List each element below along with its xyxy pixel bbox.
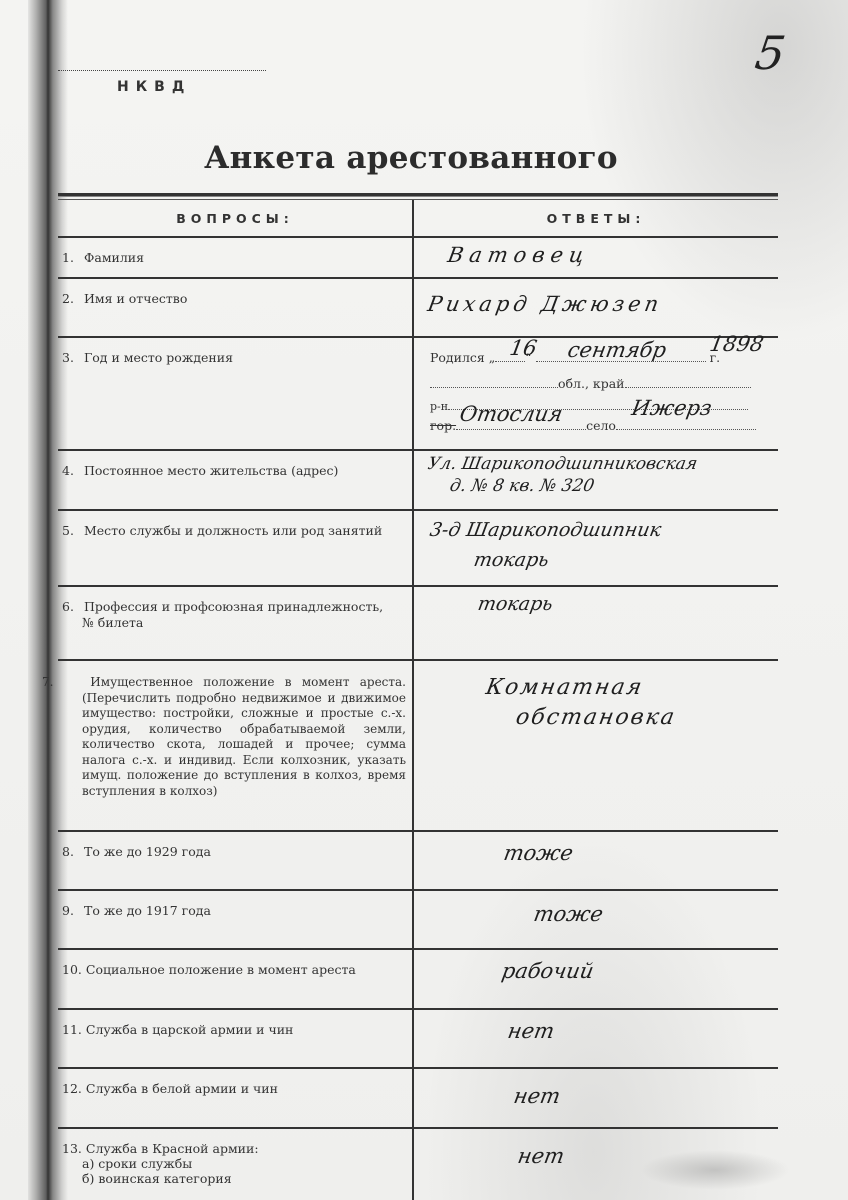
question-cell: 1. Фамилия (62, 238, 406, 266)
region-label: обл., край (558, 376, 625, 391)
table-row: 3. Год и место рождения Родился „“ г. 16… (58, 336, 778, 451)
question-text: Имя и отчество (84, 291, 187, 306)
question-text: Служба в Красной армии: (86, 1141, 259, 1156)
answer-cell: Комнатная обстановка (418, 661, 842, 733)
question-cell: 11. Служба в царской армии и чин (62, 1010, 406, 1038)
question-text: То же до 1929 года (84, 844, 211, 859)
organization-label: НКВД (117, 79, 191, 95)
answer-line-1: Ул. Шарикоподшипниковская (426, 453, 786, 475)
city-field[interactable] (456, 429, 586, 430)
question-text: То же до 1917 года (84, 903, 211, 918)
answer-text: нет (506, 1018, 848, 1044)
question-number: 2. (62, 291, 80, 307)
question-text: Фамилия (84, 250, 144, 265)
birth-month-value: сентябр (566, 338, 668, 362)
question-subitem-b: б) воинская категория (62, 1171, 406, 1186)
answer-text: тоже (532, 901, 848, 927)
question-cell: 8. То же до 1929 года (62, 832, 406, 860)
question-number: 12. (62, 1081, 82, 1097)
page-number: 5 (752, 26, 799, 76)
scan-smudge (640, 1150, 790, 1190)
header-dotted-rule (58, 70, 266, 71)
document-title-text: Анкета арестованного (204, 140, 618, 176)
question-number: 3. (62, 350, 80, 366)
village-label: село (586, 418, 616, 433)
answer-line-1: Комнатная (483, 673, 844, 703)
question-cell: 3. Год и место рождения (62, 338, 406, 366)
question-cell: 13. Служба в Красной армии: а) сроки слу… (62, 1129, 406, 1186)
question-number: 4. (62, 463, 80, 479)
answer-text: нет (512, 1083, 848, 1109)
answer-cell: тоже (418, 832, 848, 866)
question-text: Имущественное положение в момент ареста.… (82, 675, 406, 798)
answer-line-1: 3-д Шарикоподшипник (427, 515, 788, 545)
district-label: р-н (430, 400, 448, 413)
question-cell: 12. Служба в белой армии и чин (62, 1069, 406, 1097)
region-line: обл., край (430, 376, 764, 391)
question-number: 10. (62, 962, 82, 978)
question-cell: 10. Социальное положение в момент ареста (62, 950, 406, 978)
question-cell: 2. Имя и отчество (62, 279, 406, 307)
table-row: 6. Профессия и профсоюзная принадлежност… (58, 585, 778, 661)
birth-year-value: 1898 (708, 332, 766, 356)
village-value: Ижерз (630, 396, 714, 420)
question-text: Место службы и должность или род занятий (84, 523, 382, 538)
question-number: 6. (62, 599, 80, 615)
region-trailing-dots (625, 387, 751, 388)
answer-text: токарь (476, 591, 837, 617)
question-number: 13. (62, 1141, 82, 1156)
answer-cell: тоже (418, 891, 848, 927)
city-value: Отослия (458, 402, 565, 426)
question-number: 8. (62, 844, 80, 860)
question-number: 1. (62, 250, 80, 266)
answer-text: рабочий (500, 958, 848, 984)
birth-day-value: 16 (508, 336, 539, 360)
question-text: Год и место рождения (84, 350, 233, 365)
question-cell: 5. Место службы и должность или род заня… (62, 511, 406, 539)
answer-cell: нет (418, 1069, 848, 1109)
answer-text: тоже (502, 840, 848, 866)
question-cell: 9. То же до 1917 года (62, 891, 406, 919)
table-row: 5. Место службы и должность или род заня… (58, 509, 778, 587)
table-row: 4. Постоянное место жительства (адрес) У… (58, 449, 778, 511)
question-cell: 4. Постоянное место жительства (адрес) (62, 451, 406, 479)
question-text: Профессия и профсоюзная принадлежность, (84, 599, 383, 614)
answer-line-2: обстановка (483, 703, 844, 733)
answer-cell: рабочий (418, 950, 848, 984)
answer-cell: Рихард Джюзеп (418, 279, 784, 317)
table-row: 11. Служба в царской армии и чин нет (58, 1008, 778, 1069)
region-field[interactable] (430, 387, 558, 388)
question-number: 5. (62, 523, 80, 539)
question-text: Служба в царской армии и чин (86, 1022, 294, 1037)
city-label: гор. (430, 418, 456, 433)
answer-text: Рихард Джюзеп (426, 291, 787, 317)
answers-header: ОТВЕТЫ: (414, 200, 778, 236)
answer-line-2: д. № 8 кв. № 320 (426, 475, 786, 497)
table-row: 7. Имущественное положение в момент арес… (58, 659, 778, 832)
birth-day-field[interactable] (495, 361, 525, 362)
birth-details: Родился „“ г. 16 сентябр 1898 обл., край… (418, 338, 774, 450)
answer-cell: Ул. Шарикоподшипниковская д. № 8 кв. № 3… (418, 451, 784, 497)
answer-cell: 3-д Шарикоподшипник токарь (418, 511, 786, 575)
table-row: 2. Имя и отчество Рихард Джюзеп (58, 277, 778, 338)
village-field[interactable] (616, 429, 756, 430)
table-row: 1. Фамилия Ватовец (58, 236, 778, 279)
table-row: 12. Служба в белой армии и чин нет (58, 1067, 778, 1129)
answer-line-2: токарь (427, 545, 788, 575)
answer-cell: токарь (418, 587, 834, 617)
question-number: 7. (62, 675, 80, 691)
question-cell: 7. Имущественное положение в момент арес… (62, 661, 406, 799)
table-row: 10. Социальное положение в момент ареста… (58, 948, 778, 1010)
born-label: Родился (430, 350, 485, 365)
question-text: Служба в белой армии и чин (86, 1081, 278, 1096)
question-number: 11. (62, 1022, 82, 1038)
answer-cell: Ватовец (418, 238, 804, 268)
answer-cell: нет (418, 1010, 848, 1044)
table-top-rule (58, 193, 778, 197)
table-row: 9. То же до 1917 года тоже (58, 889, 778, 950)
question-subitem-a: а) сроки службы (62, 1156, 406, 1171)
question-number: 9. (62, 903, 80, 919)
answer-text: Ватовец (446, 242, 807, 268)
question-text: Социальное положение в момент ареста (86, 962, 356, 977)
question-text: Постоянное место жительства (адрес) (84, 463, 338, 478)
question-cell: 6. Профессия и профсоюзная принадлежност… (62, 587, 406, 631)
table-row: 8. То же до 1929 года тоже (58, 830, 778, 891)
document-title: Анкета арестованного (0, 140, 848, 176)
question-subtext: № билета (62, 615, 406, 631)
questions-header: ВОПРОСЫ: (58, 200, 412, 236)
